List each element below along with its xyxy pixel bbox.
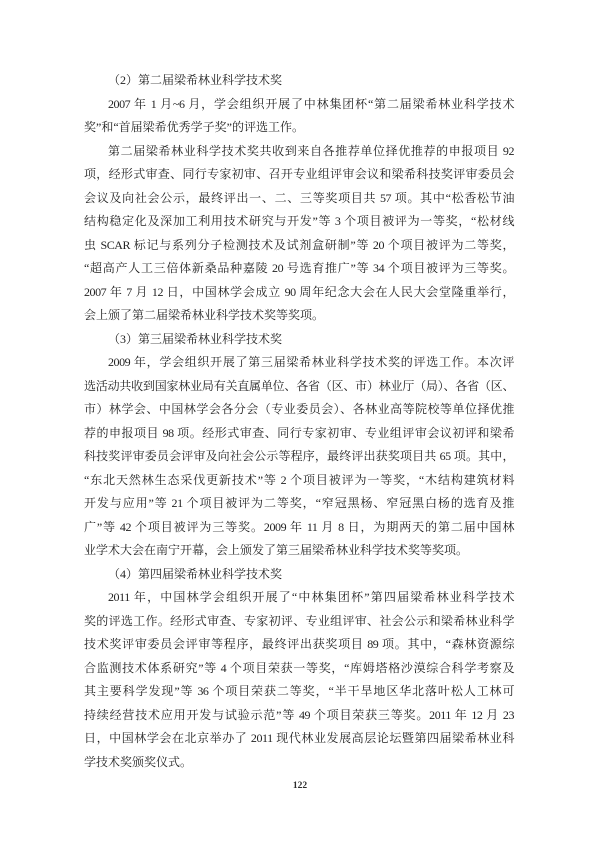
paragraph-line: 市）林学会、中国林学会各分会（专业委员会）、各林业高等院校等单位择优推 (84, 398, 514, 422)
paragraph-line: 广”等 42 个项目被评为三等奖。2009 年 11 月 8 日，为期两天的第二… (84, 516, 514, 540)
paragraph-line: “超高产人工三倍体新桑品种嘉陵 20 号选育推广”等 34 个项目被评为三等奖。 (84, 257, 514, 281)
paragraph-line: 会议及向社会公示，最终评出一、二、三等奖项目共 57 项。其中“松香松节油 (84, 187, 514, 211)
paragraph-line: 结构稳定化及深加工利用技术研究与开发”等 3 个项目被评为一等奖，“松材线 (84, 210, 514, 234)
paragraph-line: 其主要科学发现”等 36 个项目荣获二等奖，“半干旱地区华北落叶松人工林可 (84, 680, 514, 704)
paragraph-line: 虫 SCAR 标记与系列分子检测技术及试剂盒研制”等 20 个项目被评为二等奖， (84, 234, 514, 258)
page-number: 122 (0, 780, 600, 792)
paragraph-line: 2011 年，中国林学会组织开展了“中林集团杯”第四届梁希林业科学技术 (84, 586, 514, 610)
document-page: （2）第二届梁希林业科学技术奖2007 年 1 月~6 月，学会组织开展了中林集… (0, 0, 600, 848)
paragraph-line: 2007 年 7 月 12 日，中国林学会成立 90 周年纪念大会在人民大会堂隆… (84, 281, 514, 305)
paragraph-line: 2009 年，学会组织开展了第三届梁希林业科学技术奖的评选工作。本次评 (84, 351, 514, 375)
paragraph-line: 开发与应用”等 21 个项目被评为二等奖，“窄冠黑杨、窄冠黑白杨的选育及推 (84, 492, 514, 516)
paragraph-line: 合监测技术体系研究”等 4 个项目荣获一等奖，“库姆塔格沙漠综合科学考察及 (84, 657, 514, 681)
paragraph-line: 会上颁了第二届梁希林业科学技术奖等奖项。 (84, 304, 514, 328)
paragraph-line: 奖的评选工作。经形式审查、专家初评、专业组评审、社会公示和梁希林业科学 (84, 610, 514, 634)
paragraph-line: 荐的申报项目 98 项。经形式审查、同行专家初审、专业组评审会议初评和梁希 (84, 422, 514, 446)
paragraph-line: 持续经营技术应用开发与试验示范”等 49 个项目荣获三等奖。2011 年 12 … (84, 704, 514, 728)
paragraph-line: 选活动共收到国家林业局有关直属单位、各省（区、市）林业厅（局）、各省（区、 (84, 375, 514, 399)
section-heading: （2）第二届梁希林业科学技术奖 (84, 69, 514, 93)
paragraph-line: 2007 年 1 月~6 月，学会组织开展了中林集团杯“第二届梁希林业科学技术 (84, 93, 514, 117)
section-heading: （3）第三届梁希林业科学技术奖 (84, 328, 514, 352)
section-heading: （4）第四届梁希林业科学技术奖 (84, 563, 514, 587)
paragraph-line: 业学术大会在南宁开幕，会上颁发了第三届梁希林业科学技术奖等奖项。 (84, 539, 514, 563)
paragraph-line: 第二届梁希林业科学技术奖共收到来自各推荐单位择优推荐的申报项目 92 (84, 140, 514, 164)
paragraph-line: 技术奖评审委员会评审等程序，最终评出获奖项目 89 项。其中，“森林资源综 (84, 633, 514, 657)
paragraph-line: 项，经形式审查、同行专家初审、召开专业组评审会议和梁希科技奖评审委员会 (84, 163, 514, 187)
paragraph-line: 科技奖评审委员会评审及向社会公示等程序，最终评出获奖项目共 65 项。其中， (84, 445, 514, 469)
document-body: （2）第二届梁希林业科学技术奖2007 年 1 月~6 月，学会组织开展了中林集… (0, 0, 600, 774)
paragraph-line: “东北天然林生态采伐更新技术”等 2 个项目被评为一等奖，“木结构建筑材料 (84, 469, 514, 493)
paragraph-line: 学技术奖颁奖仪式。 (84, 751, 514, 775)
paragraph-line: 日，中国林学会在北京举办了 2011 现代林业发展高层论坛暨第四届梁希林业科 (84, 727, 514, 751)
paragraph-line: 奖”和“首届梁希优秀学子奖”的评选工作。 (84, 116, 514, 140)
